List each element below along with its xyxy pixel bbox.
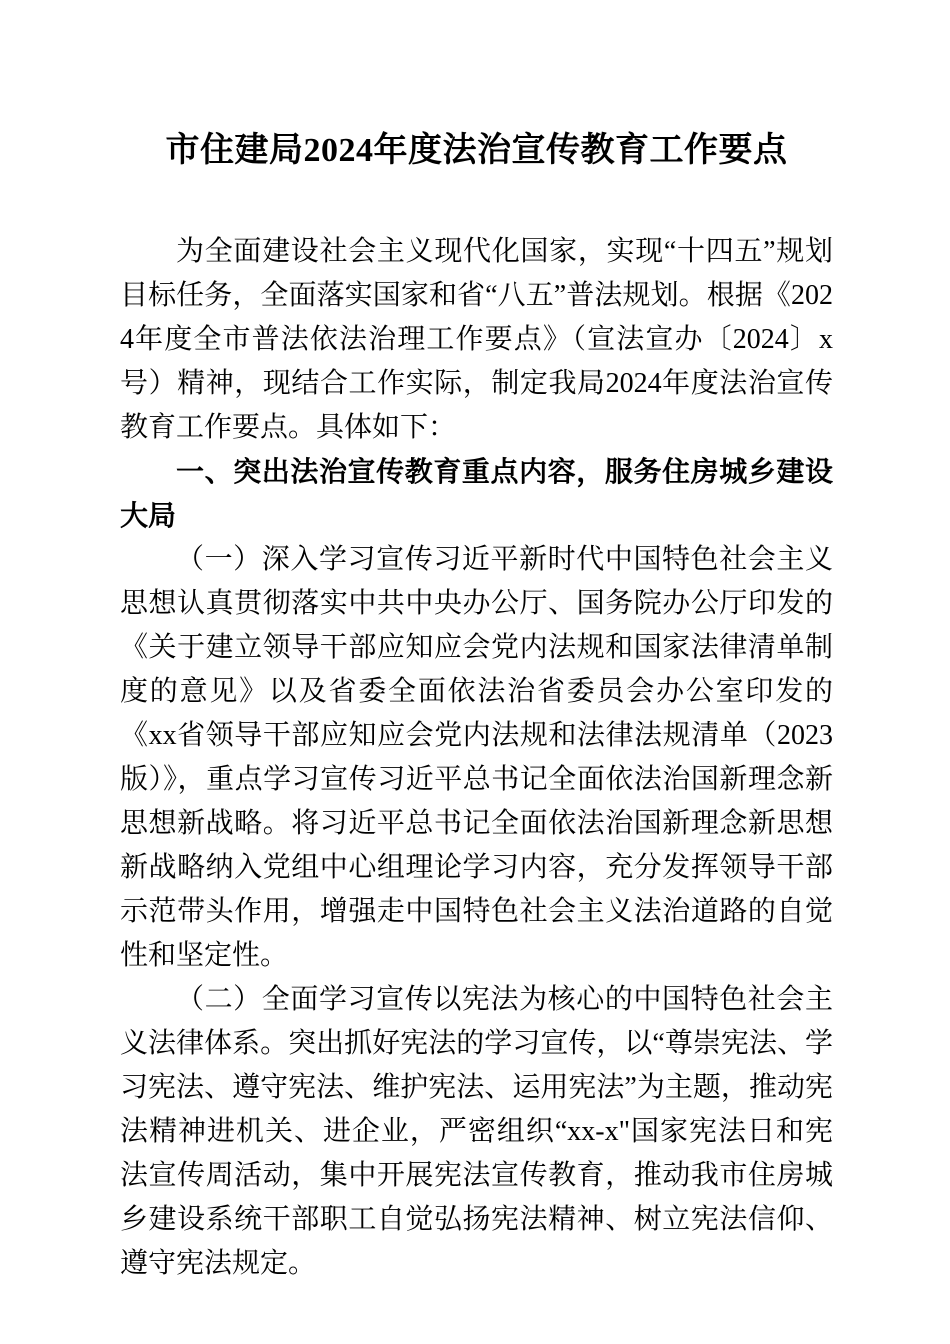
paragraph-intro: 为全面建设社会主义现代化国家，实现“十四五”规划目标任务，全面落实国家和省“八五… — [120, 230, 833, 450]
section-heading-1: 一、突出法治宣传教育重点内容，服务住房城乡建设大局 — [120, 450, 833, 538]
paragraph-item-2: （二）全面学习宣传以宪法为核心的中国特色社会主义法律体系。突出抓好宪法的学习宣传… — [120, 978, 833, 1286]
document-page: 市住建局2024年度法治宣传教育工作要点 为全面建设社会主义现代化国家，实现“十… — [0, 0, 950, 1344]
document-title: 市住建局2024年度法治宣传教育工作要点 — [120, 126, 833, 176]
paragraph-item-1: （一）深入学习宣传习近平新时代中国特色社会主义思想认真贯彻落实中共中央办公厅、国… — [120, 538, 833, 978]
